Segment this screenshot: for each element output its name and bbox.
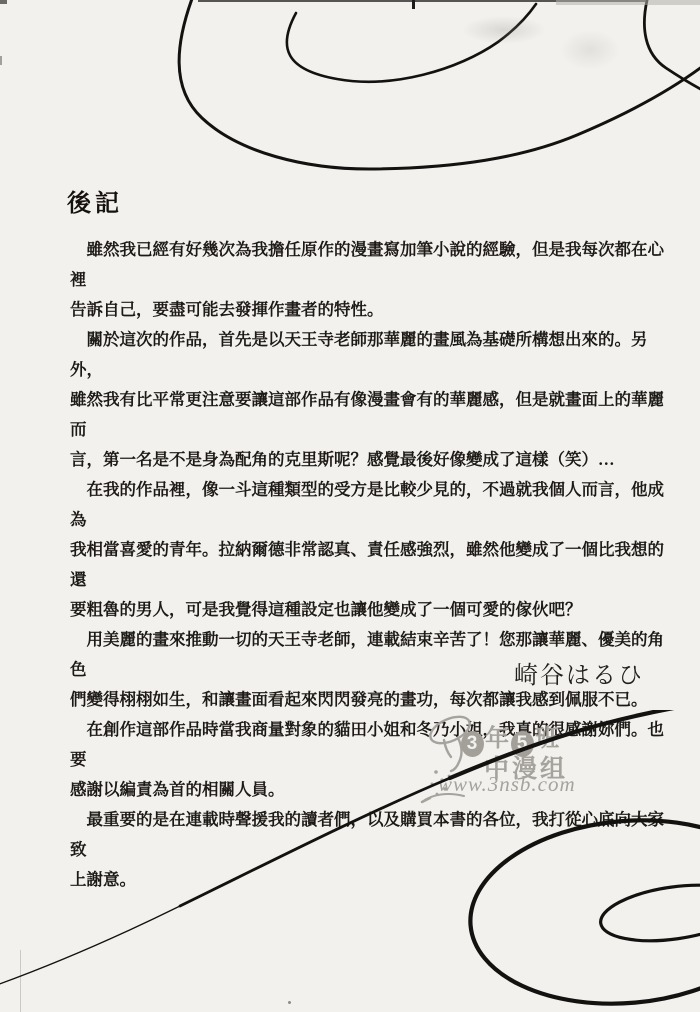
scan-dust-dot [288,1001,291,1004]
scan-corner-mark [0,0,7,4]
scan-left-line [20,950,21,1012]
scan-left-tick [0,56,2,65]
paragraph: 關於這次的作品，首先是以天王寺老師那華麗的畫風為基礎所構想出來的。另外， 雖然我… [70,325,666,475]
paragraph: 最重要的是在連載時聲援我的讀者們，以及購買本書的各位，我打從心底向大家致 上謝意… [70,805,666,895]
scan-smudge [560,30,620,70]
circled-number-3: 3 [461,731,484,757]
paragraph: 在我的作品裡，像一斗這種類型的受方是比較少見的，不過就我個人而言，他成為 我相當… [70,475,666,625]
scan-smudge [462,16,546,44]
scanlation-watermark: 3年5班 中漫组 www.3nsb.com [418,710,658,810]
scan-edge-shadow [556,0,700,5]
author-signature: 崎谷はるひ [514,655,644,690]
scanned-afterword-page: 後記 雖然我已經有好幾次為我擔任原作的漫畫寫加筆小說的經驗，但是我每次都在心裡 … [0,0,700,1012]
top-spiral-flourish [0,0,700,186]
scan-tick-mark [412,0,415,9]
paragraph: 雖然我已經有好幾次為我擔任原作的漫畫寫加筆小說的經驗，但是我每次都在心裡 告訴自… [70,235,666,325]
watermark-class-char: 班 [535,725,560,752]
watermark-year-char: 年 [485,725,510,752]
page-title: 後記 [67,183,123,218]
watermark-url: www.3nsb.com [438,772,576,797]
